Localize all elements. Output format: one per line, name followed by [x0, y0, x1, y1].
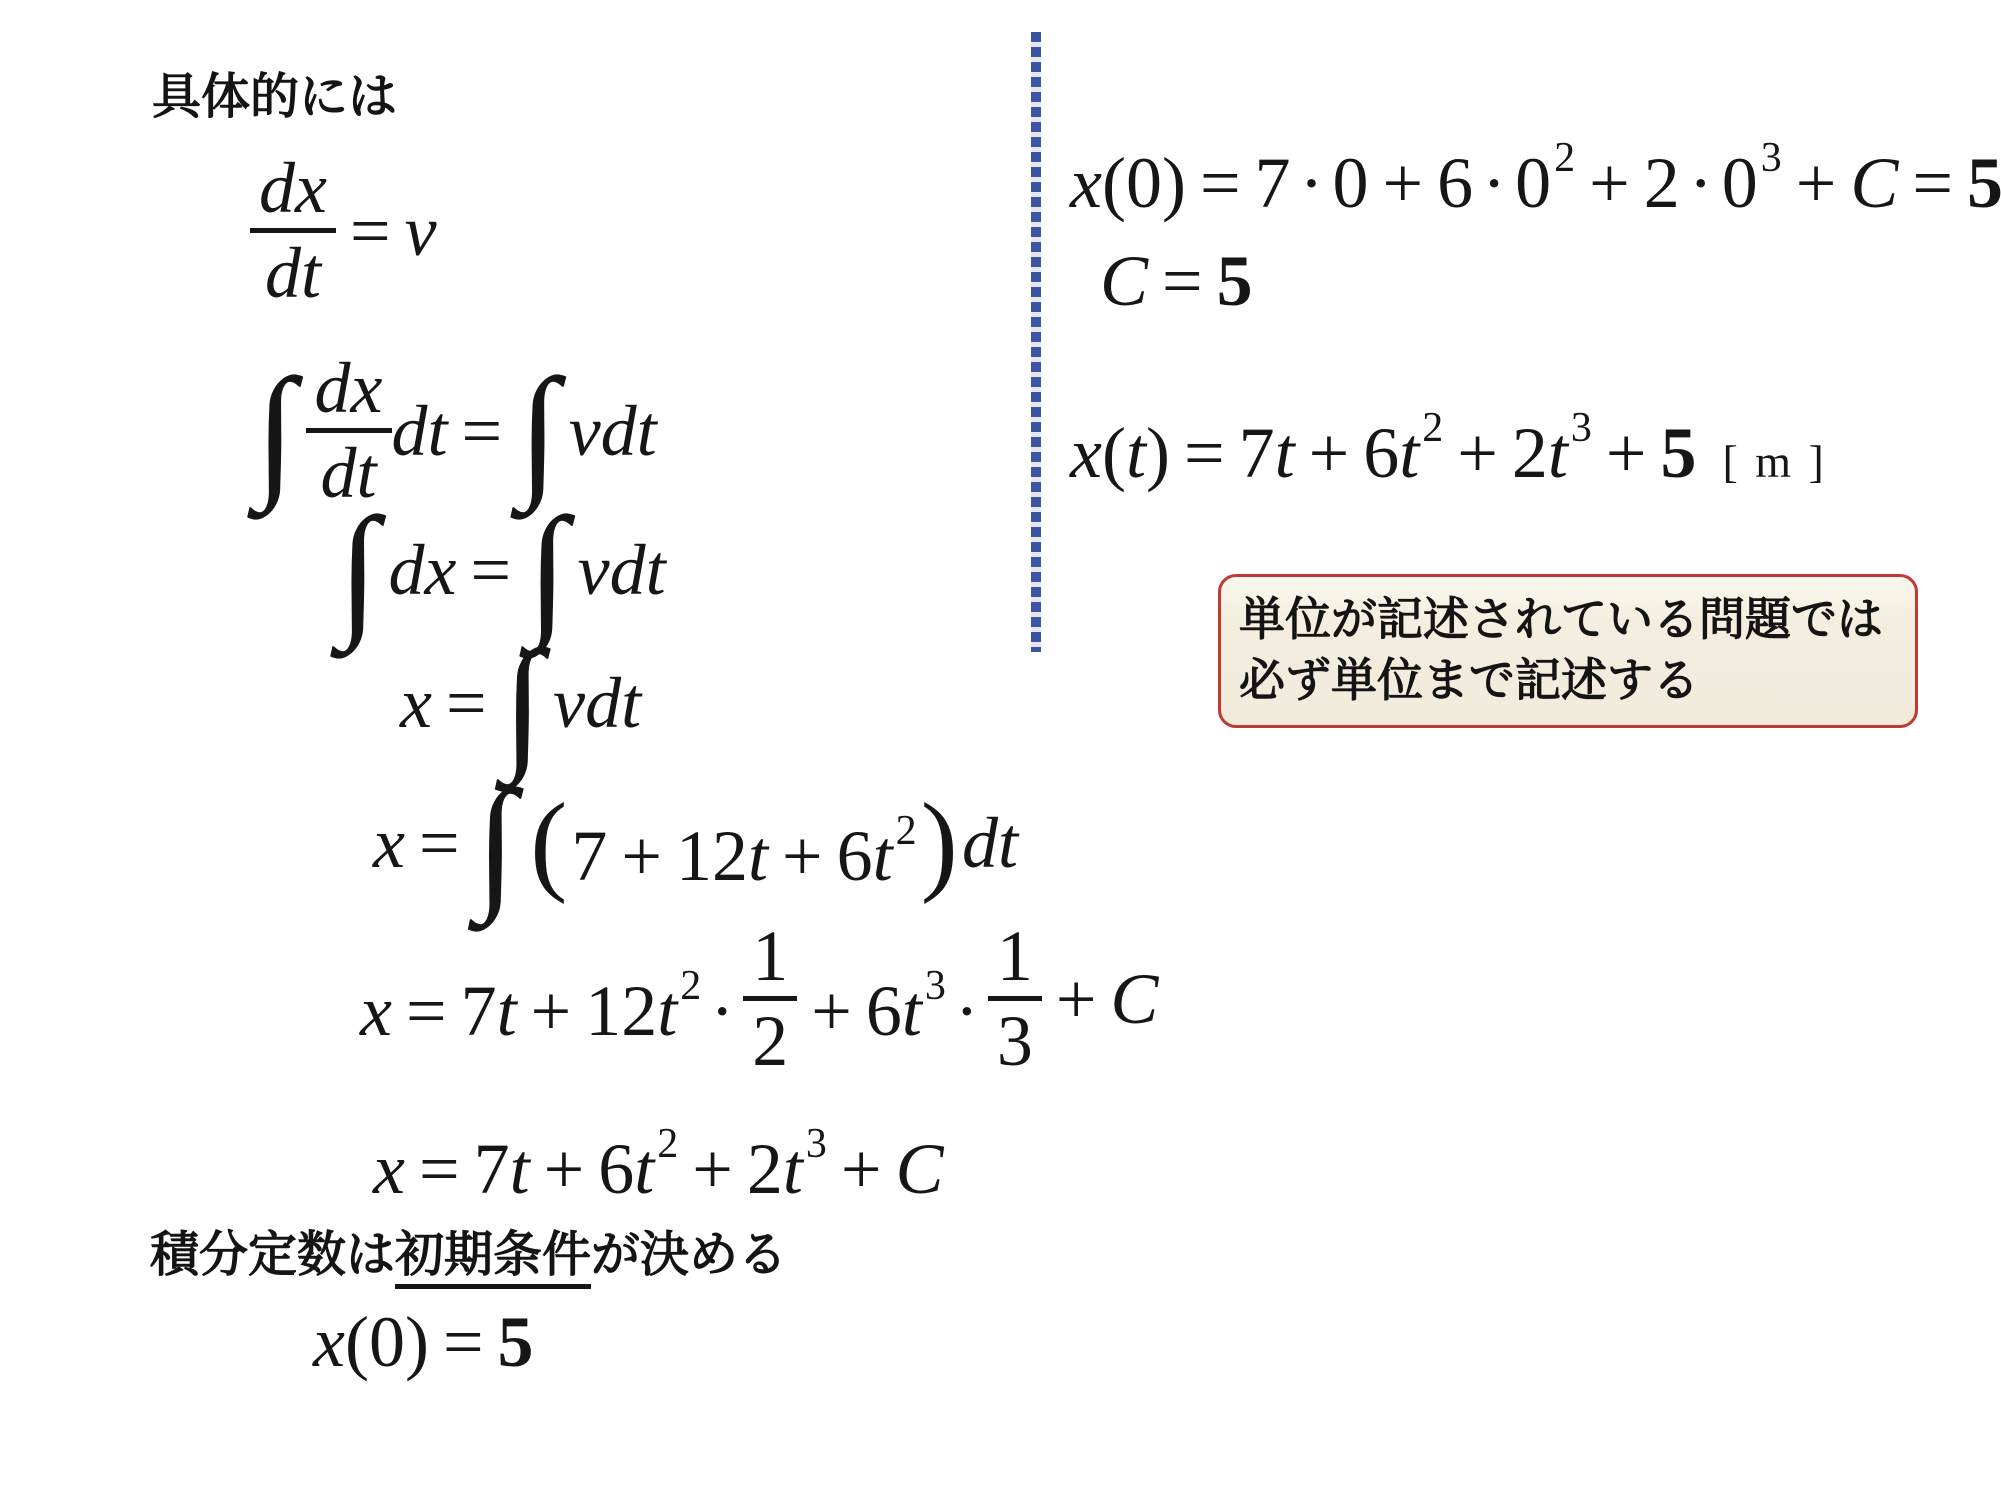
integral-sign: ∫	[338, 505, 379, 635]
math-token: x	[400, 663, 432, 743]
plus-sign: +	[811, 971, 852, 1051]
math-token: dt	[256, 237, 330, 309]
math-token: x	[360, 971, 392, 1051]
superscript: 2	[1422, 405, 1443, 451]
math-token: t	[1548, 413, 1568, 493]
math-token: 6	[1437, 143, 1473, 223]
equals-sign: =	[1200, 143, 1241, 223]
multiply-dot: ·	[1300, 143, 1324, 223]
math-token: 0	[369, 1302, 405, 1382]
plus-sign: +	[1056, 959, 1097, 1039]
math-token: 7	[474, 1129, 510, 1209]
math-token: vdt	[553, 663, 641, 743]
equation-dx-dt-equals-v: dx dt =v	[250, 152, 437, 309]
intro-text: 具体的には	[152, 58, 397, 128]
fraction-one-third: 1 3	[988, 920, 1042, 1077]
math-token: x	[313, 1302, 345, 1382]
fraction-one-half: 1 2	[743, 920, 797, 1077]
equation-c-equals-5: C=5	[1100, 235, 1253, 327]
math-token: 0	[1126, 143, 1162, 223]
footer-text-after: が決める	[591, 1228, 787, 1282]
math-token: 2	[743, 1005, 797, 1077]
equation-x-final: x(t)=7t+6t2+2t3+5[ m ]	[1070, 382, 1827, 508]
math-token: vdt	[578, 530, 666, 610]
math-token: t	[873, 816, 893, 896]
equation-x-equals-integral-vdt: x= ∫ vdt	[400, 638, 641, 768]
right-paren: )	[921, 795, 958, 891]
callout-line-2: 必ず単位まで記述する	[1239, 650, 1897, 711]
plus-sign: +	[1606, 413, 1647, 493]
equals-sign: =	[446, 663, 487, 743]
divider-dotted-line	[1031, 32, 1041, 652]
math-token: )	[405, 1302, 429, 1382]
math-run: =v	[336, 185, 437, 277]
math-run: x(t)=7t+6t2+2t3+5[ m ]	[1070, 382, 1827, 508]
superscript: 3	[925, 963, 946, 1009]
equals-sign: =	[1162, 241, 1203, 321]
math-run: +6t3·	[797, 940, 988, 1057]
equals-sign: =	[406, 971, 447, 1051]
math-token: x	[1070, 143, 1102, 223]
multiply-dot: ·	[1689, 143, 1713, 223]
math-token: t	[783, 1129, 803, 1209]
math-run: vdt	[569, 385, 657, 477]
math-run: x=	[373, 797, 474, 889]
math-token: 5	[1967, 143, 2001, 223]
unit-label: [ m ]	[1722, 436, 1826, 487]
superscript: 2	[680, 963, 701, 1009]
math-token: 7	[1239, 413, 1275, 493]
integral-sign: ∫	[255, 366, 296, 496]
math-run: 7+12t+6t2	[571, 785, 916, 902]
math-token: 12	[676, 816, 748, 896]
math-token: 0	[1333, 143, 1369, 223]
math-token: t	[902, 971, 922, 1051]
math-token: x	[373, 803, 405, 883]
math-token: 7	[461, 971, 497, 1051]
math-token: t	[1399, 413, 1419, 493]
equals-sign: =	[350, 191, 391, 271]
equals-sign: =	[1184, 413, 1225, 493]
plus-sign: +	[1796, 143, 1837, 223]
math-run: x=7t+12t2·	[360, 940, 743, 1057]
math-token: 1	[743, 920, 797, 992]
math-token: 2	[1512, 413, 1548, 493]
math-token: 5	[498, 1302, 534, 1382]
equation-x-simplified: x=7t+6t2+2t3+C	[373, 1098, 943, 1215]
superscript: 2	[1554, 135, 1575, 181]
math-token: 12	[585, 971, 657, 1051]
math-token: (	[1102, 143, 1126, 223]
math-token: dx	[389, 530, 457, 610]
plus-sign: +	[1383, 143, 1424, 223]
math-run: dt=	[392, 385, 517, 477]
equals-sign: =	[1912, 143, 1953, 223]
equation-integrate-both-sides: ∫ dx dt dt= ∫ vdt	[253, 352, 657, 509]
equals-sign: =	[443, 1302, 484, 1382]
footer-text-before: 積分定数は	[150, 1228, 395, 1282]
math-token: 5	[1660, 413, 1696, 493]
math-token: x	[1070, 413, 1102, 493]
superscript: 2	[657, 1121, 678, 1167]
plus-sign: +	[531, 971, 572, 1051]
integral-sign: ∫	[518, 366, 559, 496]
math-token: 0	[1515, 143, 1551, 223]
equals-sign: =	[419, 1129, 460, 1209]
left-paren: (	[530, 795, 567, 891]
multiply-dot: ·	[955, 971, 979, 1051]
math-token: t	[497, 971, 517, 1051]
plus-sign: +	[621, 816, 662, 896]
math-token: dx	[306, 352, 392, 424]
math-token: t	[1126, 413, 1146, 493]
equation-initial-condition: x(0)=5	[313, 1296, 534, 1388]
integral-sign: ∫	[527, 505, 568, 635]
equation-substitute-zero: x(0)=7·0+6·02+2·03+C=5	[1070, 112, 2001, 229]
math-token: 0	[1722, 143, 1758, 223]
math-token: 6	[866, 971, 902, 1051]
math-token: (	[345, 1302, 369, 1382]
multiply-dot: ·	[710, 971, 734, 1051]
equals-sign: =	[419, 803, 460, 883]
math-token: 6	[837, 816, 873, 896]
equals-sign: =	[462, 391, 503, 471]
plus-sign: +	[544, 1129, 585, 1209]
math-token: v	[405, 191, 437, 271]
integral-sign: ∫	[503, 638, 544, 768]
math-run: x=	[400, 657, 501, 749]
math-token: t	[748, 816, 768, 896]
math-token: C	[1850, 143, 1898, 223]
math-run: vdt	[578, 524, 666, 616]
math-token: 6	[1363, 413, 1399, 493]
math-token: t	[510, 1129, 530, 1209]
math-run: C=5	[1100, 235, 1253, 327]
math-run: dx=	[389, 524, 526, 616]
math-token: )	[1162, 143, 1186, 223]
math-token: 2	[1644, 143, 1680, 223]
equals-sign: =	[471, 530, 512, 610]
math-run: x(0)=7·0+6·02+2·03+C=5	[1070, 112, 2001, 229]
callout-line-1: 単位が記述されている問題では	[1239, 589, 1897, 650]
math-token: t	[634, 1129, 654, 1209]
superscript: 3	[1761, 135, 1782, 181]
fraction-dx-dt: dx dt	[250, 152, 336, 309]
math-token: 3	[988, 1005, 1042, 1077]
math-run: vdt	[553, 657, 641, 749]
plus-sign: +	[692, 1129, 733, 1209]
equation-integral-dx: ∫ dx= ∫ vdt	[336, 505, 666, 635]
math-token: t	[657, 971, 677, 1051]
math-token: vdt	[569, 391, 657, 471]
plus-sign: +	[841, 1129, 882, 1209]
plus-sign: +	[1457, 413, 1498, 493]
math-token: 2	[747, 1129, 783, 1209]
math-token: dt	[962, 803, 1018, 883]
superscript: 3	[1571, 405, 1592, 451]
callout-box: 単位が記述されている問題では 必ず単位まで記述する	[1218, 574, 1918, 728]
math-token: x	[373, 1129, 405, 1209]
equation-x-antiderivative: x=7t+12t2· 1 2 +6t3· 1 3 +C	[360, 920, 1158, 1077]
math-token: 7	[1255, 143, 1291, 223]
math-token: (	[1102, 413, 1126, 493]
math-token: C	[1110, 959, 1158, 1039]
multiply-dot: ·	[1482, 143, 1506, 223]
math-token: )	[1146, 413, 1170, 493]
math-token: dt	[392, 391, 448, 471]
integral-sign: ∫	[476, 778, 517, 908]
superscript: 3	[806, 1121, 827, 1167]
plus-sign: +	[1589, 143, 1630, 223]
math-run: x=7t+6t2+2t3+C	[373, 1098, 943, 1215]
math-token: 6	[598, 1129, 634, 1209]
plus-sign: +	[782, 816, 823, 896]
math-token: C	[1100, 241, 1148, 321]
math-run: dt	[962, 797, 1018, 889]
plus-sign: +	[1309, 413, 1350, 493]
footer-text-underlined: 初期条件	[395, 1228, 591, 1289]
slide: 具体的には dx dt =v ∫ dx dt dt= ∫ vdt ∫ dx= ∫…	[0, 0, 2001, 1501]
math-token: C	[895, 1129, 943, 1209]
superscript: 2	[896, 808, 917, 854]
equation-x-integral-polynomial: x= ∫ ( 7+12t+6t2 ) dt	[373, 778, 1018, 908]
math-token: 5	[1217, 241, 1253, 321]
math-run: x(0)=5	[313, 1296, 534, 1388]
math-token: t	[1275, 413, 1295, 493]
math-run: +C	[1042, 953, 1159, 1045]
math-token: 1	[988, 920, 1042, 992]
math-token: dx	[250, 152, 336, 224]
footer-text: 積分定数は初期条件が決める	[150, 1216, 787, 1286]
fraction-dx-dt: dx dt	[306, 352, 392, 509]
math-token: 7	[571, 816, 607, 896]
